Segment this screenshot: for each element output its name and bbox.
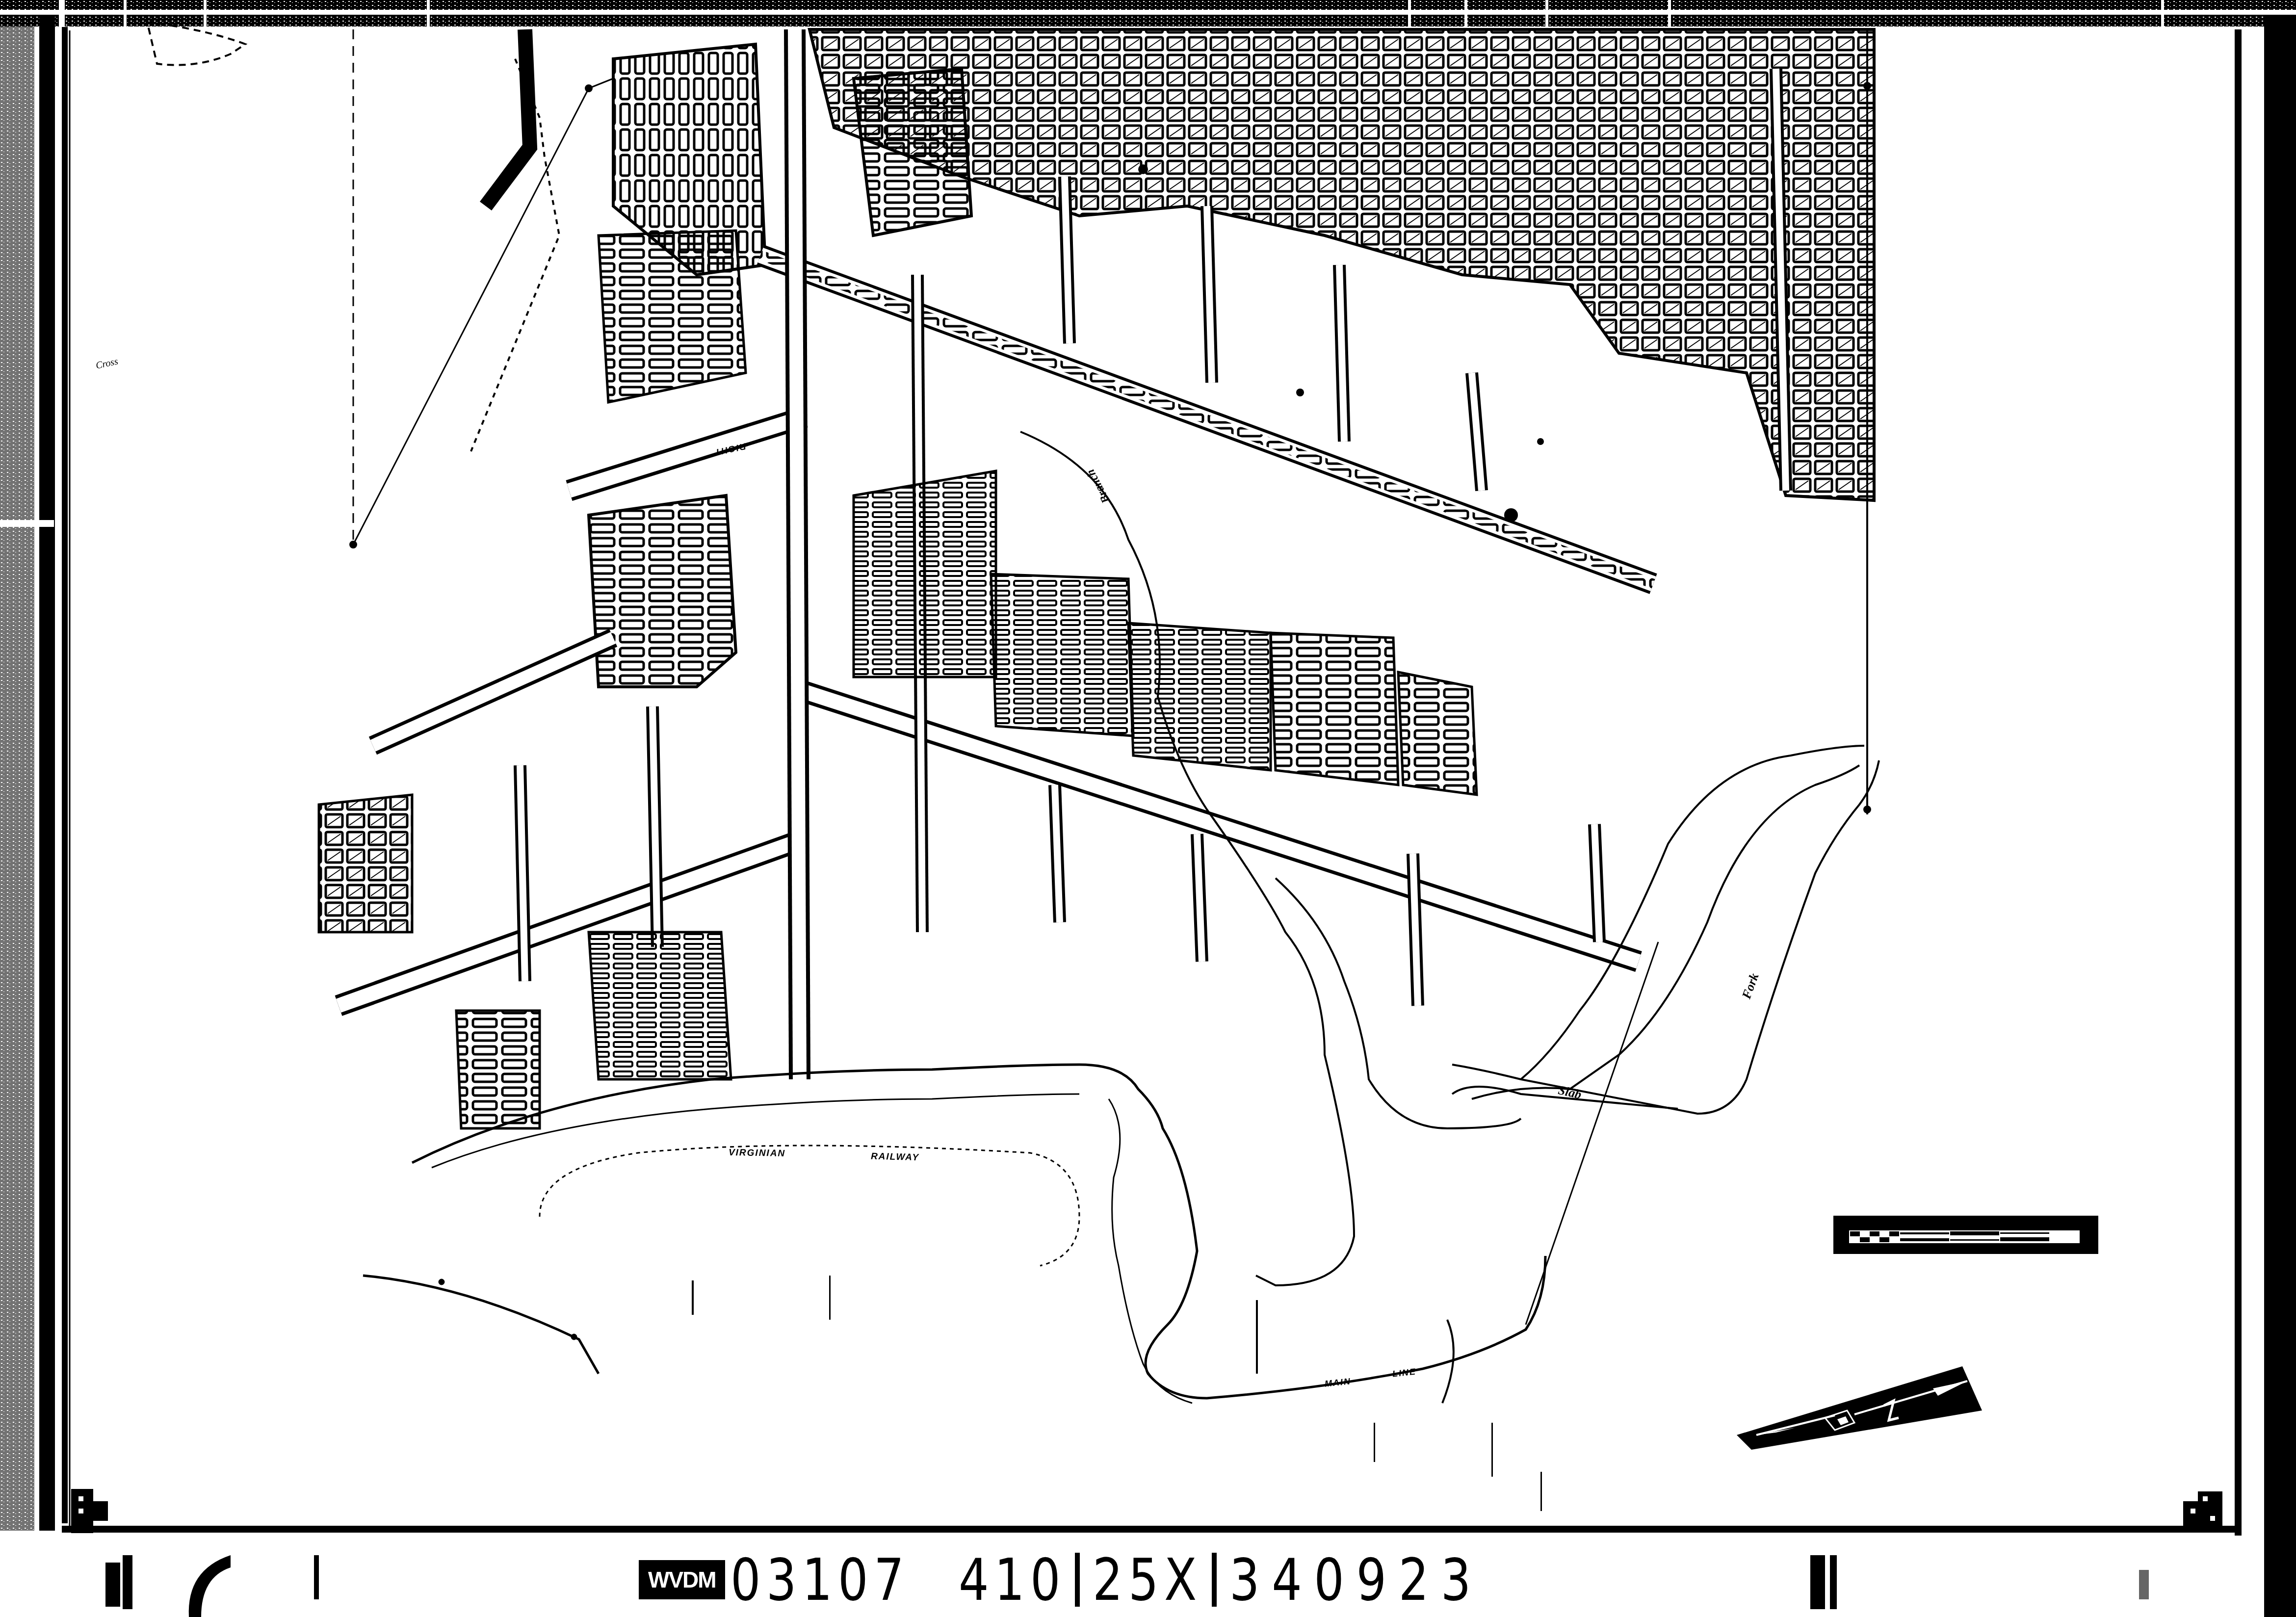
film-number-3: 25X	[1093, 1551, 1202, 1609]
corner-ornament-bottom-right	[2183, 1491, 2222, 1528]
film-separator	[1212, 1553, 1217, 1607]
film-number-1: 03107	[731, 1551, 910, 1609]
scan-artifacts	[692, 164, 1544, 1511]
north-arrow-icon	[1737, 1361, 1982, 1450]
property-line	[147, 22, 613, 548]
film-number-4: 340923	[1229, 1551, 1483, 1609]
wvdm-badge: WVDM	[640, 1562, 724, 1598]
microfilm-id-strip: WVDM 03107 410 25X 340923	[640, 1550, 1539, 1609]
scale-bar-graduations	[1848, 1229, 2081, 1244]
railway-virginian	[363, 942, 1658, 1403]
film-border-left	[0, 15, 55, 1531]
map-neatline	[62, 27, 2240, 1533]
film-border-right	[2235, 15, 2296, 1617]
film-border-top	[0, 0, 2296, 27]
railway-label-virginian: VIRGINIAN	[729, 1148, 786, 1159]
upper-workings	[589, 29, 1874, 687]
film-number-2: 410	[959, 1551, 1066, 1609]
film-separator	[1075, 1553, 1080, 1607]
stream-branch	[1020, 432, 1521, 1285]
scale-bar	[1833, 1216, 2098, 1254]
railway-label-railway: RAILWAY	[871, 1151, 920, 1164]
middle-workings	[319, 471, 1477, 1128]
scale-ticks-icon	[1849, 1230, 2080, 1243]
